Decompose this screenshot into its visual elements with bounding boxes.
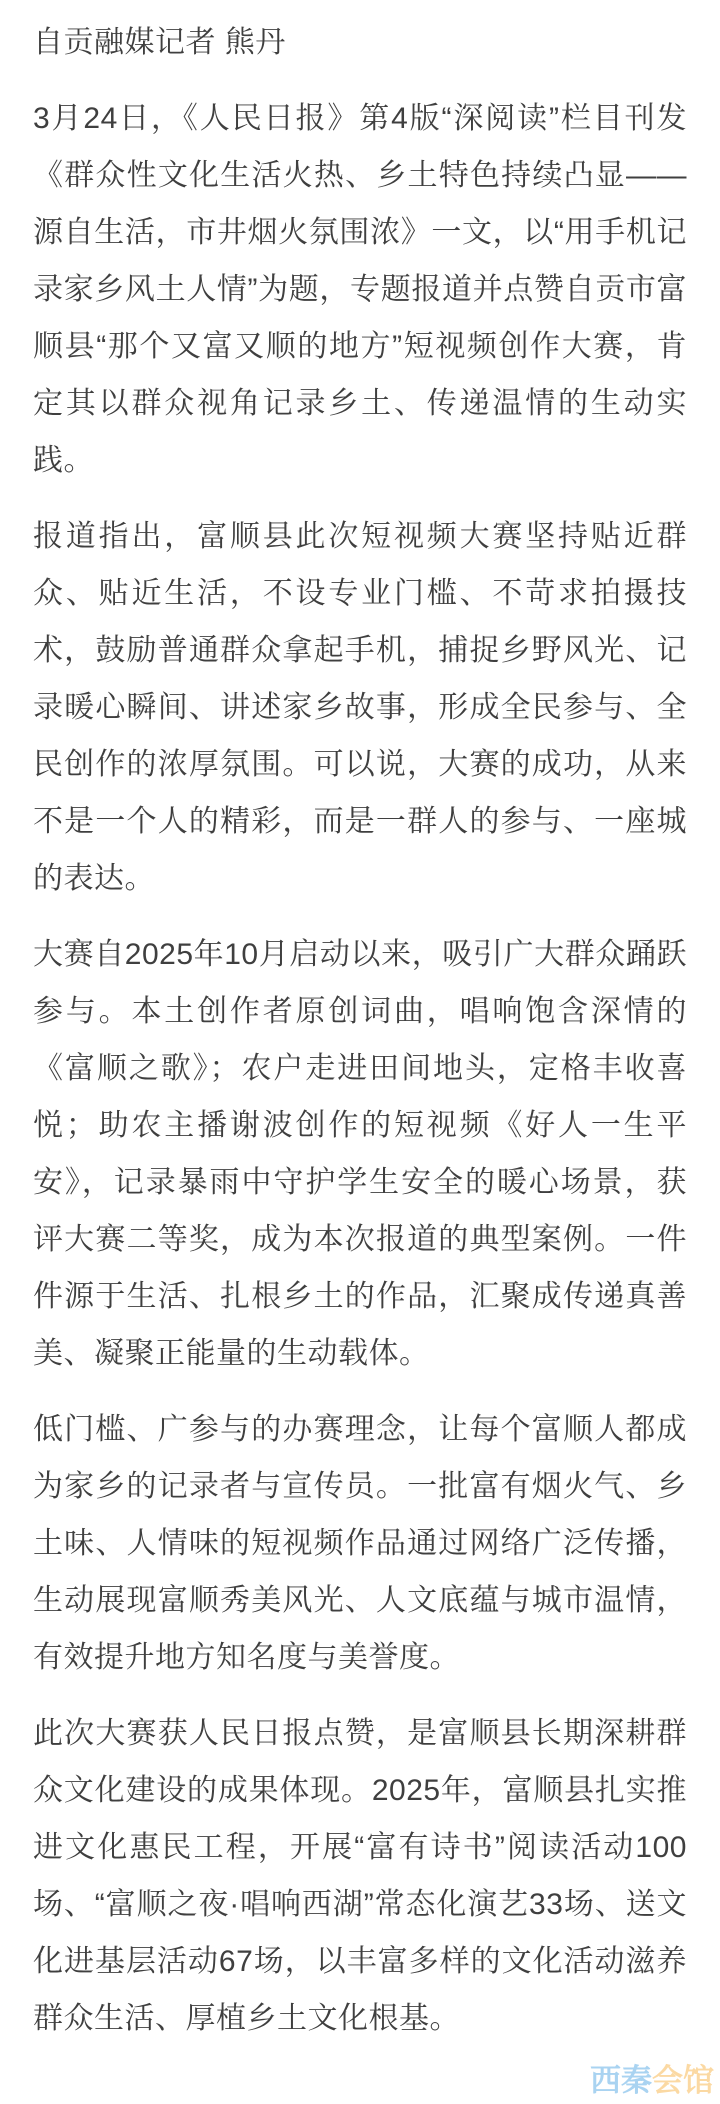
watermark-xiqin-text: 西秦 (590, 2063, 652, 2098)
article-paragraph: 报道指出，富顺县此次短视频大赛坚持贴近群众、贴近生活，不设专业门槛、不苛求拍摄技… (33, 508, 687, 907)
site-watermark: 西秦会馆 (590, 2065, 714, 2096)
byline: 自贡融媒记者 熊丹 (33, 14, 687, 71)
article-paragraph: 此次大赛获人民日报点赞，是富顺县长期深耕群众文化建设的成果体现。2025年，富顺… (33, 1705, 687, 2047)
article-paragraph: 大赛自2025年10月启动以来，吸引广大群众踊跃参与。本土创作者原创词曲，唱响饱… (33, 926, 687, 1382)
watermark-huiguan-text: 会馆 (652, 2063, 714, 2098)
article-paragraph: 低门槛、广参与的办赛理念，让每个富顺人都成为家乡的记录者与宣传员。一批富有烟火气… (33, 1401, 687, 1686)
article-paragraph: 3月24日，《人民日报》第4版“深阅读”栏目刊发《群众性文化生活火热、乡土特色持… (33, 90, 687, 489)
article-page: 自贡融媒记者 熊丹 3月24日，《人民日报》第4版“深阅读”栏目刊发《群众性文化… (0, 0, 720, 2104)
article-body: 自贡融媒记者 熊丹 3月24日，《人民日报》第4版“深阅读”栏目刊发《群众性文化… (33, 14, 687, 2047)
